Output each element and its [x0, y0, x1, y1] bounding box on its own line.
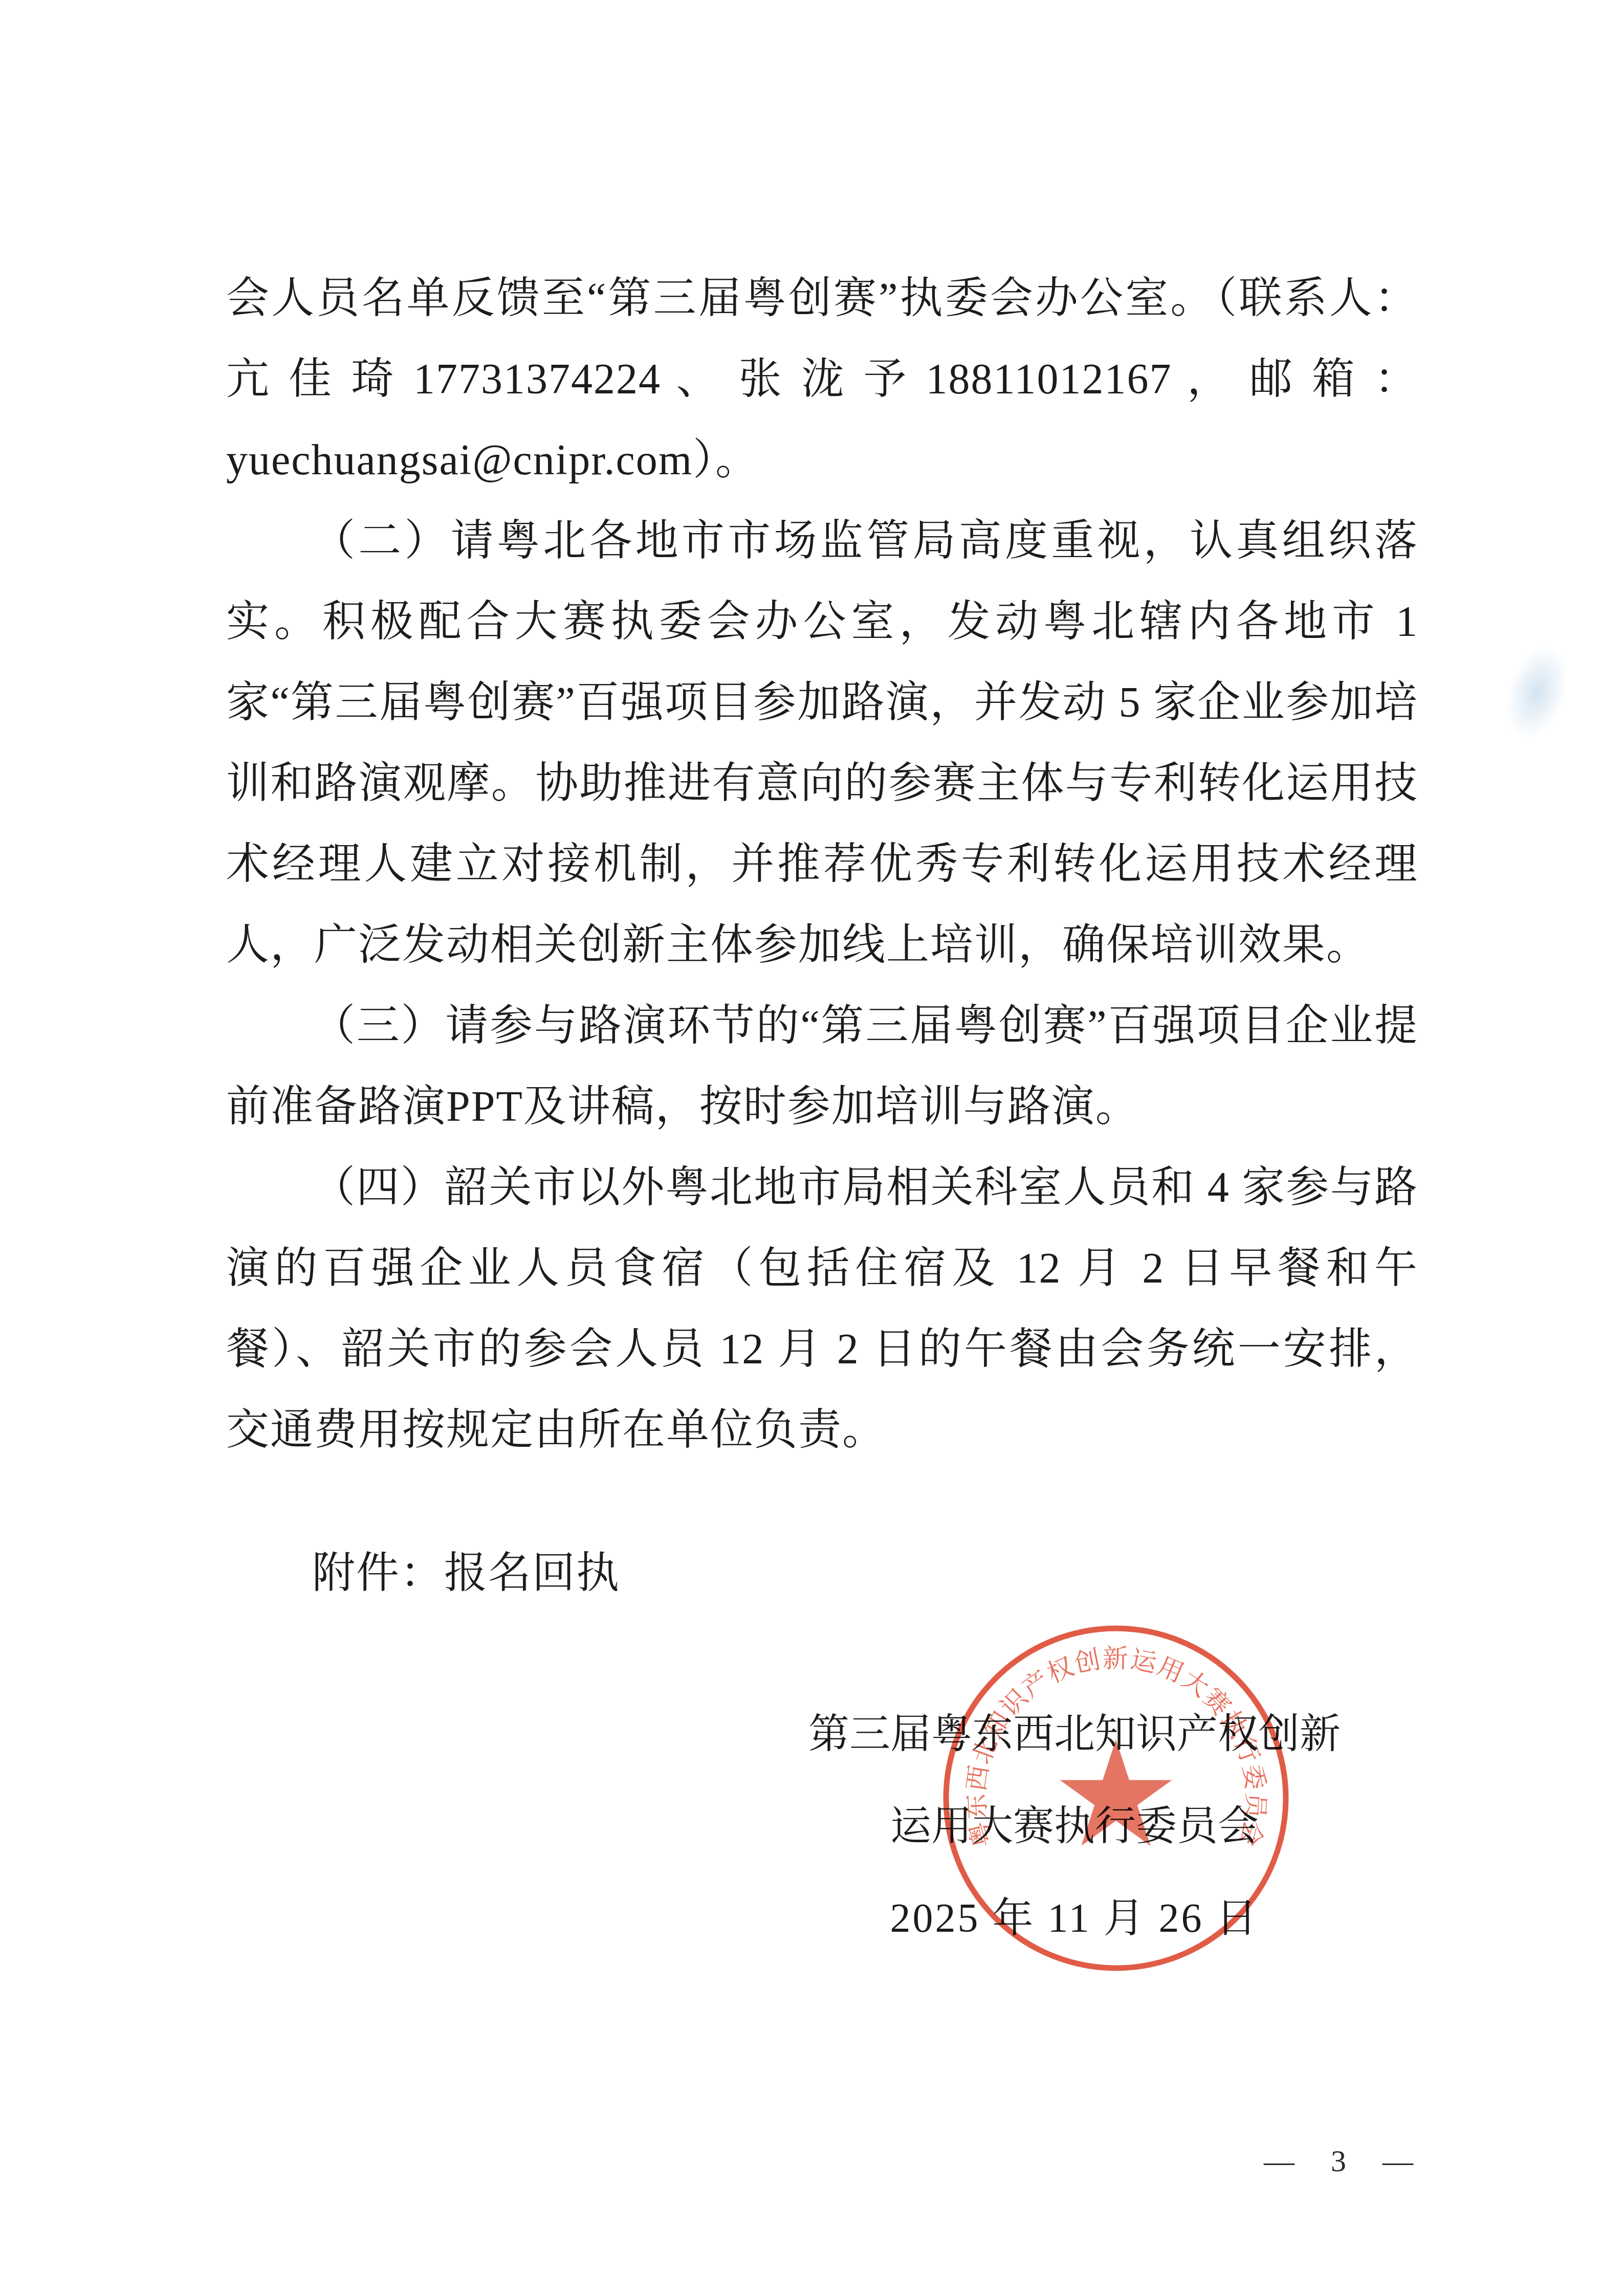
paragraph-item-3: （三）请参与路演环节的“第三届粤创赛”百强项目企业提前准备路演PPT及讲稿，按时…	[226, 986, 1418, 1147]
scan-artifact-smudge	[1495, 637, 1579, 747]
red-star-icon	[1060, 1739, 1172, 1846]
document-page: 会人员名单反馈至“第三届粤创赛”执委会办公室。（联系人：亢 佳 琦 177313…	[0, 0, 1624, 2296]
attachment-line: 附件：报名回执	[226, 1533, 1418, 1614]
page-number: — 3 —	[1228, 2144, 1463, 2179]
paragraph-continuation: 会人员名单反馈至“第三届粤创赛”执委会办公室。（联系人：亢 佳 琦 177313…	[226, 258, 1418, 501]
body-text-region: 会人员名单反馈至“第三届粤创赛”执委会办公室。（联系人：亢 佳 琦 177313…	[226, 258, 1418, 1614]
official-seal: 粤东西北知识产权创新运用大赛执行委员会	[935, 1618, 1297, 1979]
paragraph-item-2: （二）请粤北各地市市场监管局高度重视，认真组织落实。积极配合大赛执委会办公室，发…	[226, 501, 1418, 986]
paragraph-item-4: （四）韶关市以外粤北地市局相关科室人员和 4 家参与路演的百强企业人员食宿（包括…	[226, 1147, 1418, 1471]
